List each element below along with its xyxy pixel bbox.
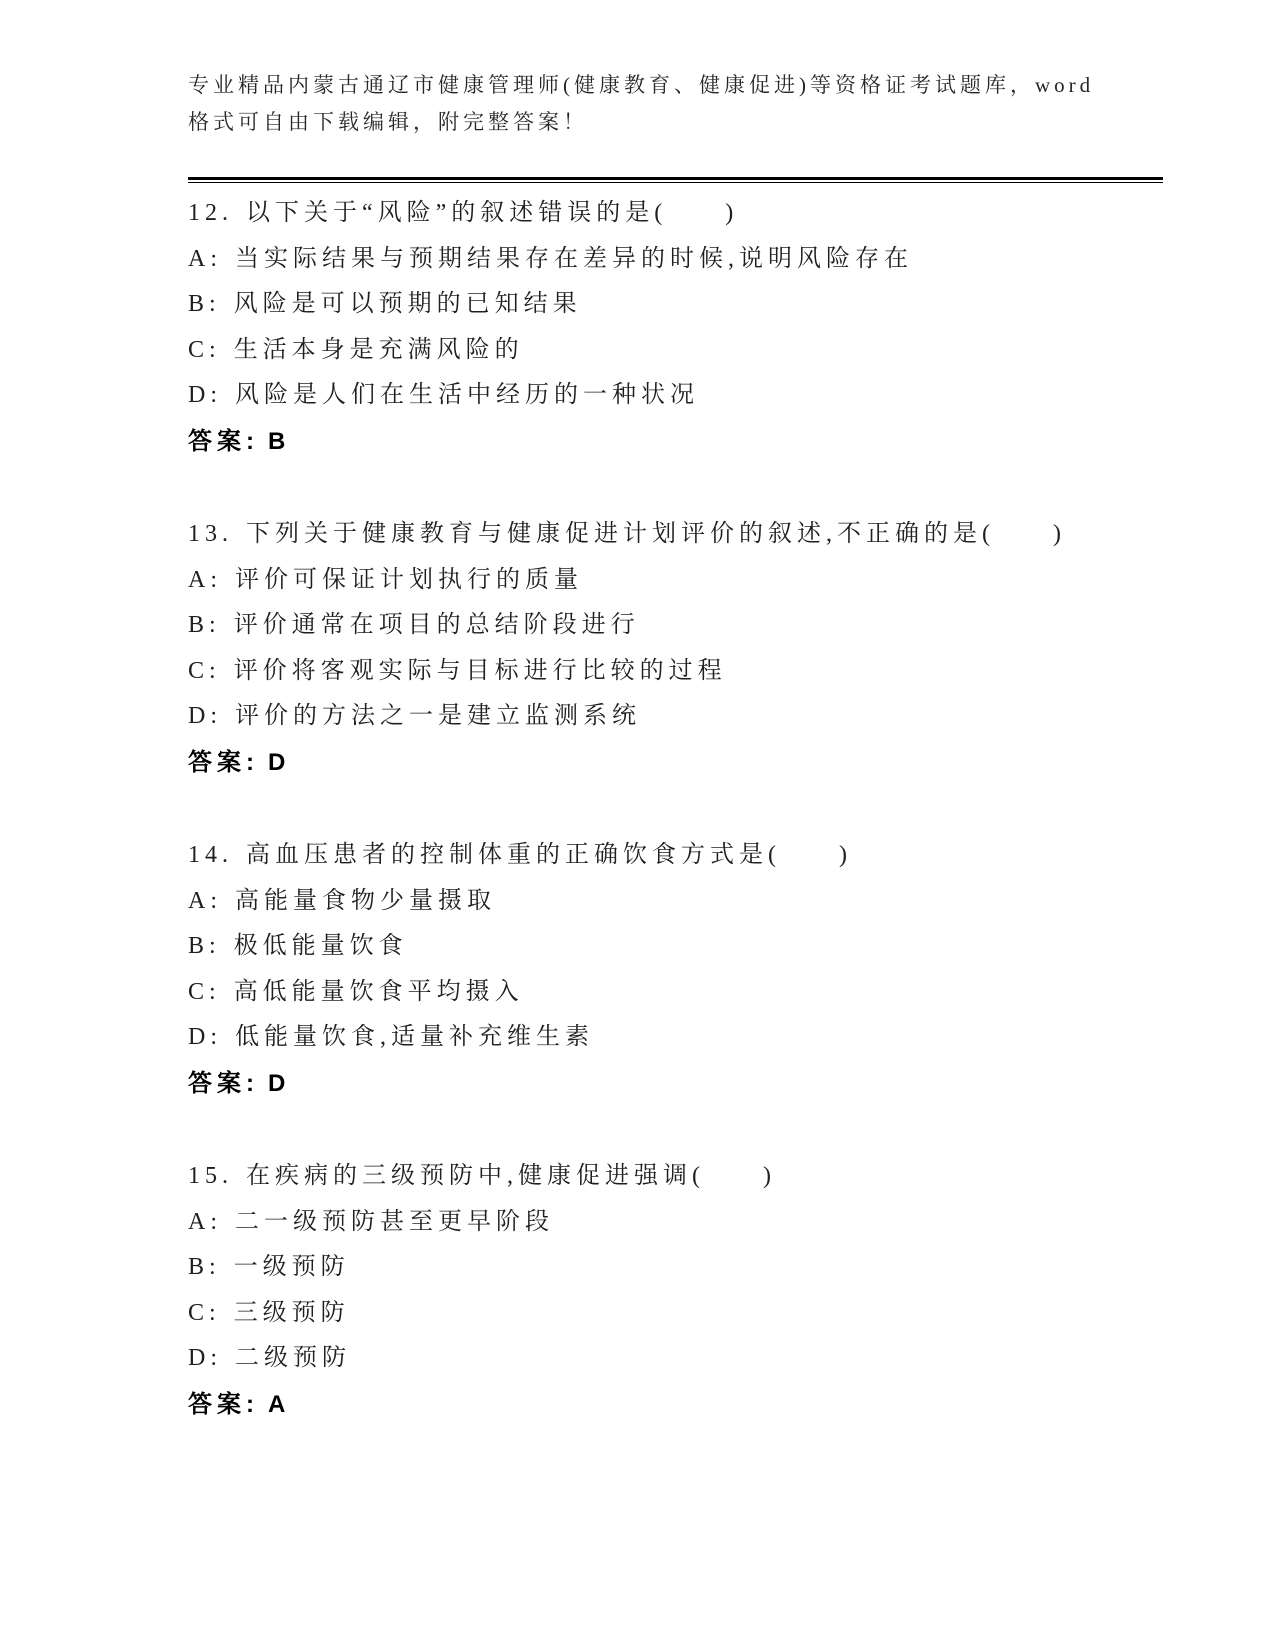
option-text: 评价通常在项目的总结阶段进行	[234, 612, 640, 638]
option-text: 三级预防	[234, 1300, 350, 1326]
question-number: 14.	[188, 842, 233, 868]
question-title: 14.高血压患者的控制体重的正确饮食方式是( )	[188, 833, 1163, 879]
question-stem: 高血压患者的控制体重的正确饮食方式是( )	[246, 842, 852, 868]
option-label: A:	[188, 567, 222, 593]
option-text: 二级预防	[235, 1345, 351, 1371]
question-stem: 下列关于健康教育与健康促进计划评价的叙述,不正确的是( )	[246, 521, 1066, 547]
option-label: B:	[188, 933, 221, 959]
header-line-2: 格式可自由下载编辑，附完整答案！	[188, 104, 1163, 141]
answer-line: 答案:D	[188, 740, 1163, 786]
answer-value: D	[268, 749, 290, 776]
answer-label: 答案:	[188, 428, 259, 455]
answer-line: 答案:A	[188, 1382, 1163, 1428]
option-label: C:	[188, 337, 221, 363]
document-page: 专业精品内蒙古通辽市健康管理师(健康教育、健康促进)等资格证考试题库，word …	[0, 0, 1275, 1650]
header-line-1: 专业精品内蒙古通辽市健康管理师(健康教育、健康促进)等资格证考试题库，word	[188, 67, 1163, 104]
answer-value: B	[268, 428, 290, 455]
option-text: 低能量饮食,适量补充维生素	[235, 1024, 594, 1050]
option-text: 一级预防	[234, 1254, 350, 1280]
answer-value: A	[268, 1391, 290, 1418]
option-label: D:	[188, 382, 222, 408]
option-label: D:	[188, 1024, 222, 1050]
option-text: 风险是人们在生活中经历的一种状况	[235, 382, 699, 408]
option-text: 高能量食物少量摄取	[235, 888, 496, 914]
option-c: C:评价将客观实际与目标进行比较的过程	[188, 649, 1163, 695]
question-stem: 以下关于“风险”的叙述错误的是( )	[246, 200, 738, 226]
option-label: C:	[188, 979, 221, 1005]
question-block-14: 14.高血压患者的控制体重的正确饮食方式是( ) A:高能量食物少量摄取 B:极…	[188, 833, 1163, 1106]
option-a: A:评价可保证计划执行的质量	[188, 558, 1163, 604]
option-c: C:三级预防	[188, 1291, 1163, 1337]
option-text: 高低能量饮食平均摄入	[234, 979, 524, 1005]
option-b: B:风险是可以预期的已知结果	[188, 282, 1163, 328]
option-text: 当实际结果与预期结果存在差异的时候,说明风险存在	[235, 246, 913, 272]
option-a: A:当实际结果与预期结果存在差异的时候,说明风险存在	[188, 237, 1163, 283]
question-block-12: 12.以下关于“风险”的叙述错误的是( ) A:当实际结果与预期结果存在差异的时…	[188, 191, 1163, 464]
option-a: A:二一级预防甚至更早阶段	[188, 1200, 1163, 1246]
question-block-13: 13.下列关于健康教育与健康促进计划评价的叙述,不正确的是( ) A:评价可保证…	[188, 512, 1163, 785]
option-c: C:生活本身是充满风险的	[188, 328, 1163, 374]
option-label: C:	[188, 658, 221, 684]
option-text: 风险是可以预期的已知结果	[234, 291, 582, 317]
option-label: C:	[188, 1300, 221, 1326]
option-a: A:高能量食物少量摄取	[188, 879, 1163, 925]
answer-line: 答案:D	[188, 1061, 1163, 1107]
option-b: B:极低能量饮食	[188, 924, 1163, 970]
option-d: D:评价的方法之一是建立监测系统	[188, 694, 1163, 740]
option-label: B:	[188, 1254, 221, 1280]
answer-label: 答案:	[188, 1391, 259, 1418]
option-b: B:评价通常在项目的总结阶段进行	[188, 603, 1163, 649]
question-title: 13.下列关于健康教育与健康促进计划评价的叙述,不正确的是( )	[188, 512, 1163, 558]
option-d: D:低能量饮食,适量补充维生素	[188, 1015, 1163, 1061]
option-label: B:	[188, 612, 221, 638]
option-label: D:	[188, 1345, 222, 1371]
option-c: C:高低能量饮食平均摄入	[188, 970, 1163, 1016]
option-d: D:二级预防	[188, 1336, 1163, 1382]
option-text: 评价可保证计划执行的质量	[235, 567, 583, 593]
option-text: 评价的方法之一是建立监测系统	[235, 703, 641, 729]
question-block-15: 15.在疾病的三级预防中,健康促进强调( ) A:二一级预防甚至更早阶段 B:一…	[188, 1154, 1163, 1427]
option-label: D:	[188, 703, 222, 729]
option-text: 极低能量饮食	[234, 933, 408, 959]
option-d: D:风险是人们在生活中经历的一种状况	[188, 373, 1163, 419]
question-number: 15.	[188, 1163, 233, 1189]
option-text: 生活本身是充满风险的	[234, 337, 524, 363]
option-text: 评价将客观实际与目标进行比较的过程	[234, 658, 727, 684]
option-label: A:	[188, 888, 222, 914]
question-list: 12.以下关于“风险”的叙述错误的是( ) A:当实际结果与预期结果存在差异的时…	[188, 183, 1163, 1427]
option-b: B:一级预防	[188, 1245, 1163, 1291]
question-stem: 在疾病的三级预防中,健康促进强调( )	[246, 1163, 776, 1189]
question-title: 12.以下关于“风险”的叙述错误的是( )	[188, 191, 1163, 237]
option-label: A:	[188, 246, 222, 272]
question-number: 12.	[188, 200, 233, 226]
option-text: 二一级预防甚至更早阶段	[235, 1209, 554, 1235]
answer-line: 答案:B	[188, 419, 1163, 465]
document-header: 专业精品内蒙古通辽市健康管理师(健康教育、健康促进)等资格证考试题库，word …	[188, 0, 1163, 141]
page-content: 专业精品内蒙古通辽市健康管理师(健康教育、健康促进)等资格证考试题库，word …	[188, 0, 1163, 1427]
answer-label: 答案:	[188, 1070, 259, 1097]
answer-value: D	[268, 1070, 290, 1097]
question-number: 13.	[188, 521, 233, 547]
option-label: A:	[188, 1209, 222, 1235]
option-label: B:	[188, 291, 221, 317]
question-title: 15.在疾病的三级预防中,健康促进强调( )	[188, 1154, 1163, 1200]
answer-label: 答案:	[188, 749, 259, 776]
